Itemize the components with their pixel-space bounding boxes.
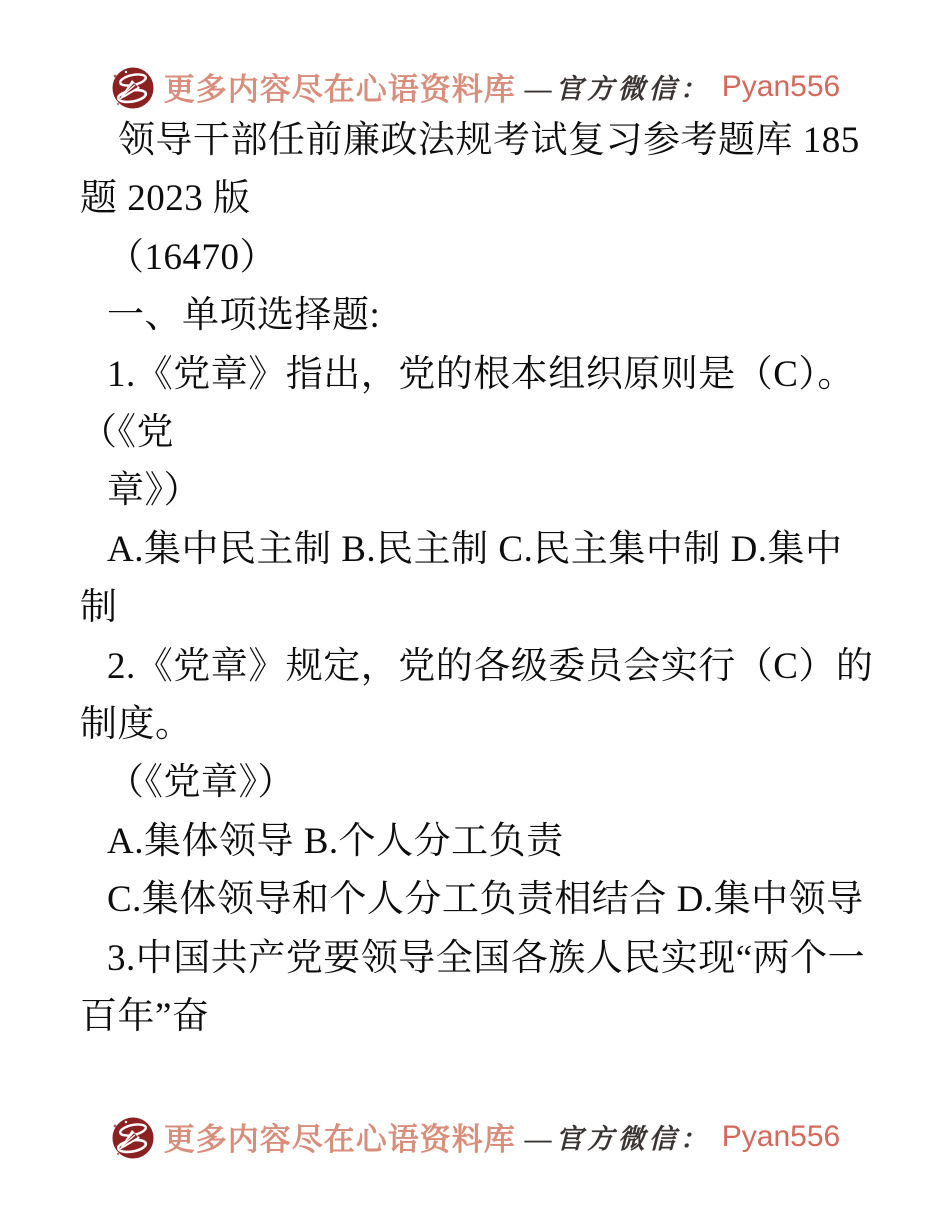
watermark-wechat-id: Pyan556 — [722, 70, 840, 104]
header-watermark: 更多内容尽在心语资料库—官方微信：Pyan556 — [0, 63, 950, 110]
question-1-line-2: （《党 — [80, 404, 910, 462]
document-body: 领导干部任前廉政法规考试复习参考题库 185 题 2023 版 （16470） … — [80, 112, 910, 1047]
watermark-wechat-label: —官方微信： — [525, 67, 711, 106]
footer-watermark: 更多内容尽在心语资料库—官方微信：Pyan556 — [0, 1113, 950, 1160]
question-1-options-line-1: A.集中民主制 B.民主制 C.民主集中制 D.集中 — [80, 521, 910, 579]
title-line-2: 题 2023 版 — [80, 170, 910, 228]
pen-swirl-logo-icon — [110, 1113, 155, 1160]
question-2-line-1: 2.《党章》规定，党的各级委员会实行（C）的 — [80, 638, 910, 696]
question-2-source: （《党章》） — [80, 754, 910, 812]
document-page: 更多内容尽在心语资料库—官方微信：Pyan556 领导干部任前廉政法规考试复习参… — [0, 0, 950, 1230]
section-heading: 一、单项选择题: — [80, 287, 910, 345]
question-3-line-1: 3.中国共产党要领导全国各族人民实现“两个一 — [80, 930, 910, 988]
watermark-brand-text: 更多内容尽在心语资料库 — [164, 64, 516, 109]
question-1-line-3: 章》） — [80, 462, 910, 520]
watermark-brand-text: 更多内容尽在心语资料库 — [164, 1114, 516, 1159]
watermark-wechat-label: —官方微信： — [525, 1117, 711, 1156]
question-2-options-line-2: C.集体领导和个人分工负责相结合 D.集中领导 — [80, 871, 910, 929]
watermark-wechat-id: Pyan556 — [722, 1120, 840, 1154]
pen-swirl-logo-icon — [110, 63, 155, 110]
question-2-options-line-1: A.集体领导 B.个人分工负责 — [80, 813, 910, 871]
question-1-options-line-2: 制 — [80, 579, 910, 637]
doc-number: （16470） — [80, 229, 910, 287]
question-2-line-2: 制度。 — [80, 696, 910, 754]
title-line-1: 领导干部任前廉政法规考试复习参考题库 185 — [80, 112, 910, 170]
question-1-line-1: 1.《党章》指出，党的根本组织原则是（C）。 — [80, 346, 910, 404]
question-3-line-2: 百年”奋 — [80, 988, 910, 1046]
